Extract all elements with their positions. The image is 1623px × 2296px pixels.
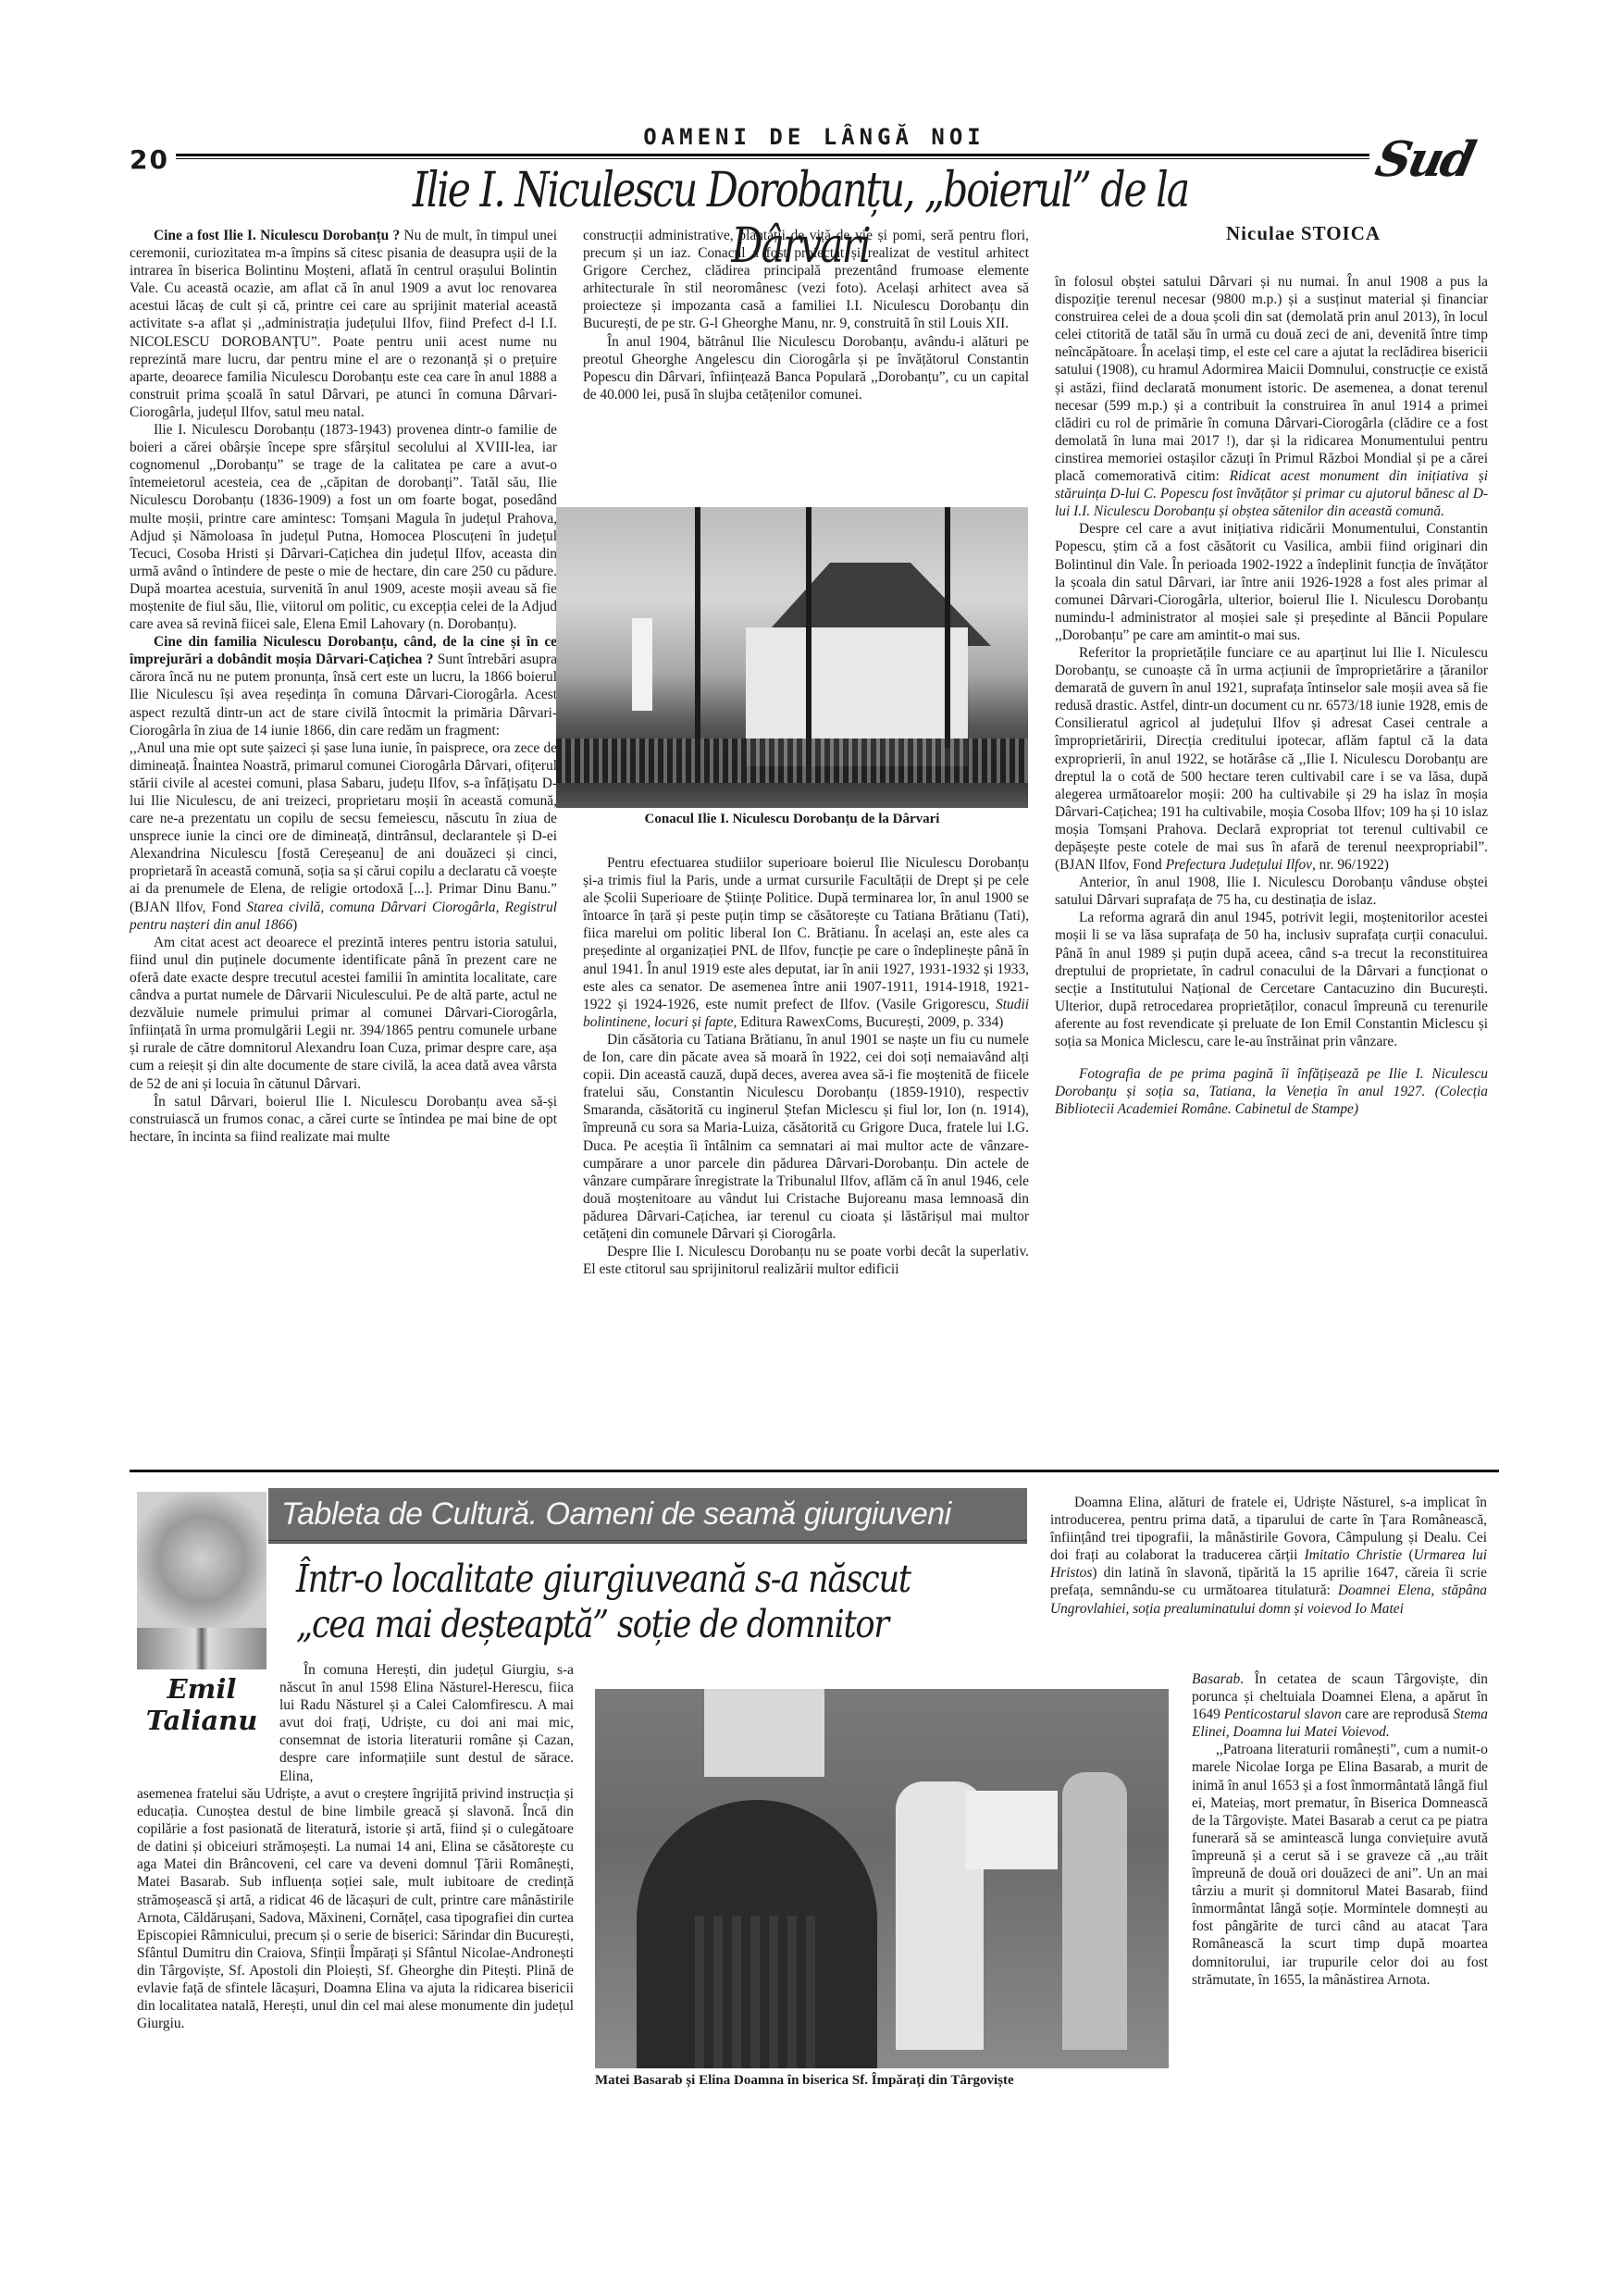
paragraph-text: Despre cel care a avut inițiativa ridică…: [1055, 521, 1488, 643]
book-title: Penticostarul slavon: [1224, 1706, 1342, 1722]
paragraph-text: , Editura RawexComs, București, 2009, p.…: [733, 1014, 1003, 1030]
paragraph-text: care are reprodusă: [1342, 1706, 1454, 1722]
paragraph-text: ): [292, 917, 297, 933]
source-title: Prefectura Județului Ilfov: [1166, 857, 1312, 873]
author-last-name: Talianu: [137, 1705, 266, 1736]
article2-column-3-narrow: Basarab. În cetatea de scaun Târgoviște,…: [1192, 1670, 1488, 1989]
column-banner: Tableta de Cultură. Oameni de seamă giur…: [268, 1488, 1027, 1544]
paragraph-text: ,,Patroana literaturii românești”, cum a…: [1192, 1742, 1488, 1987]
paragraph-text: În comuna Herești, din județul Giurgiu, …: [279, 1662, 574, 1784]
lead-question: Cine a fost Ilie I. Niculescu Dorobanțu …: [154, 228, 400, 243]
article2-column-1-narrow: În comuna Herești, din județul Giurgiu, …: [279, 1661, 574, 1785]
paragraph-text: La reforma agrară din anul 1945, potrivi…: [1055, 910, 1488, 1049]
article1-column-2-bottom: Pentru efectuarea studiilor superioare b…: [583, 854, 1029, 1278]
paragraph-text: Am citat acest act deoarece el prezintă …: [130, 935, 557, 1092]
author-photo: [137, 1492, 266, 1669]
column-banner-text: Tableta de Cultură. Oameni de seamă giur…: [268, 1488, 1027, 1540]
article1-column-1: Cine a fost Ilie I. Niculescu Dorobanțu …: [130, 227, 557, 1146]
paragraph-text: (: [1402, 1547, 1413, 1563]
section-title: OAMENI DE LÂNGĂ NOI: [592, 124, 1036, 150]
paragraph-text: Referitor la proprietățile funciare ce a…: [1055, 645, 1488, 873]
photo-caption: Conacul Ilie I. Niculescu Dorobanțu de l…: [556, 812, 1028, 827]
paragraph-text: Nu de mult, în timpul unei ceremonii, cu…: [130, 228, 557, 420]
photo-caption: Matei Basarab și Elina Doamna în biseric…: [595, 2073, 1169, 2089]
publication-logo: Sud: [1371, 131, 1479, 188]
photo-credit: Fotografia de pe prima pagină îi înfățiș…: [1055, 1066, 1488, 1117]
paragraph-text: Anterior, în anul 1908, Ilie I. Niculesc…: [1055, 875, 1488, 908]
paragraph-text: construcții administrative, plantații de…: [583, 228, 1029, 331]
paragraph-text: Despre Ilie I. Niculescu Dorobanțu nu se…: [583, 1244, 1029, 1277]
title-quote: Basarab: [1192, 1671, 1240, 1687]
article1-column-3: în folosul obștei satului Dârvari și nu …: [1055, 273, 1488, 1118]
section-divider: [130, 1470, 1499, 1472]
book-title: Imitatio Christie: [1305, 1547, 1403, 1563]
author-first-name: Emil: [137, 1673, 266, 1705]
manor-photo: [556, 507, 1028, 808]
paragraph-text: Ilie I. Niculescu Dorobanțu (1873-1943) …: [130, 422, 557, 632]
article-byline: Niculae STOICA: [1226, 222, 1381, 245]
article1-column-2-top: construcții administrative, plantații de…: [583, 227, 1029, 403]
paragraph-text: , nr. 96/1922): [1312, 857, 1389, 873]
paragraph-text: asemenea fratelui său Udriște, a avut o …: [137, 1786, 574, 2031]
paragraph-text: În anul 1904, bătrânul Ilie Niculescu Do…: [583, 334, 1029, 403]
paragraph-text: Pentru efectuarea studiilor superioare b…: [583, 855, 1029, 1012]
article2-column-3-top: Doamna Elina, alături de fratele ei, Udr…: [1050, 1494, 1487, 1618]
fresco-photo: [595, 1689, 1169, 2068]
page-number: 20: [130, 144, 169, 175]
article2-column-1-wide: asemenea fratelui său Udriște, a avut o …: [137, 1785, 574, 2032]
paragraph-text: în folosul obștei satului Dârvari și nu …: [1055, 274, 1488, 484]
article2-headline: Într-o localitate giurgiuveană s-a născu…: [296, 1557, 933, 1647]
quote-text: ,,Anul una mie opt sute șaizeci și șase …: [130, 740, 557, 915]
headline-line-2: „cea mai deșteaptă” soție de domnitor: [296, 1602, 933, 1647]
author-name: Emil Talianu: [137, 1673, 266, 1736]
paragraph-text: Din căsătoria cu Tatiana Brătianu, în an…: [583, 1032, 1029, 1242]
paragraph-text: În satul Dârvari, boierul Ilie I. Nicule…: [130, 1094, 557, 1145]
header-rule: [176, 154, 1369, 159]
headline-line-1: Într-o localitate giurgiuveană s-a născu…: [296, 1557, 933, 1602]
